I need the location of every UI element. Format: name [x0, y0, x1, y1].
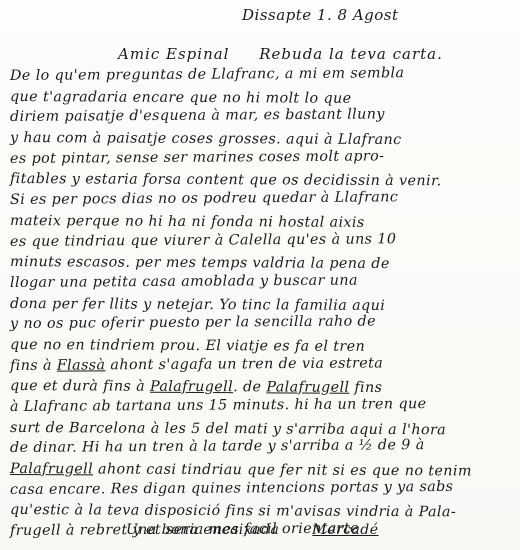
- underlined-word: Palafrugell: [150, 379, 233, 395]
- letter-body: De lo qu'em preguntas de Llafranc, a mi …: [10, 66, 514, 542]
- closing-text: Una bona encaixada: [126, 522, 279, 538]
- letter-line: De lo qu'em preguntas de Llafranc, a mi …: [10, 62, 514, 86]
- underlined-word: Palafrugell: [266, 380, 349, 396]
- letter-line: casa encare. Res digan quines intencions…: [10, 476, 514, 500]
- letter-line: de dinar. Hi ha un tren à la tarde y s'a…: [10, 435, 514, 459]
- letter-line: llogar una petita casa amoblada y buscar…: [10, 269, 514, 293]
- underlined-word: Palafrugell: [10, 461, 93, 477]
- salutation: Amic Espinal Rebuda la teva carta.: [118, 45, 443, 63]
- letter-line: diriem paisatje d'esquena à mar, es bast…: [10, 104, 514, 128]
- underlined-word: Flassà: [57, 357, 106, 373]
- letter-line: es que tindriau que viurer à Calella qu'…: [10, 228, 514, 252]
- letter-line: y no os puc oferir puesto per la sencill…: [10, 311, 514, 335]
- greeting: Amic Espinal: [118, 45, 229, 63]
- letter-date: Dissapte 1. 8 Agost: [242, 6, 399, 24]
- letter-page: Dissapte 1. 8 Agost Amic Espinal Rebuda …: [0, 0, 520, 550]
- letter-line: Si es per pocs dias no os podreu quedar …: [10, 187, 514, 211]
- opening-line: Rebuda la teva carta.: [259, 45, 443, 63]
- signature: Mercadé: [312, 522, 378, 538]
- letter-line: fins à Flassà ahont s'agafa un tren de v…: [10, 352, 514, 376]
- closing: Una bona encaixada Mercadé: [126, 522, 379, 538]
- letter-line: à Llafranc ab tartana uns 15 minuts. hi …: [10, 393, 514, 417]
- letter-line: es pot pintar, sense ser marines coses m…: [10, 145, 514, 169]
